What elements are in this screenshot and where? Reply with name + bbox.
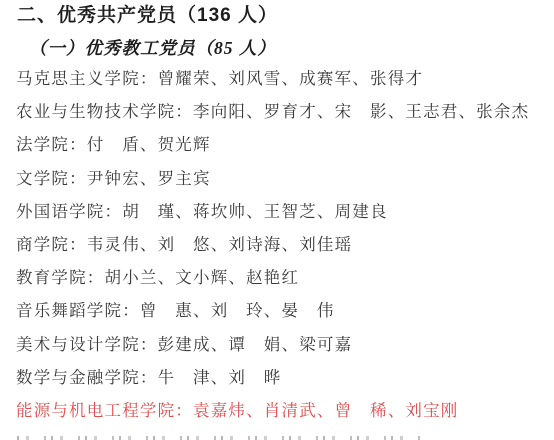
college-name: 能源与机电工程学院：: [16, 401, 193, 420]
member-names: 曾耀荣、刘风雪、成赛军、张得才: [158, 69, 424, 88]
subsection-title: （一）优秀教工党员（85 人）: [29, 36, 554, 60]
college-name: 商学院：: [16, 235, 87, 254]
member-names: 尹钟宏、罗主宾: [87, 169, 211, 188]
member-names: 袁嘉炜、肖清武、曾 稀、刘宝刚: [193, 401, 459, 420]
college-row: 法学院：付 盾、贺光辉: [16, 128, 554, 161]
college-row: 文学院：尹钟宏、罗主宾: [16, 162, 554, 195]
member-names: 韦灵伟、刘 悠、刘诗海、刘佳瑶: [87, 235, 353, 254]
college-row: 音乐舞蹈学院：曾 惠、刘 玲、晏 伟: [16, 294, 554, 327]
college-name: 教育学院：: [16, 268, 105, 287]
member-names: 牛 津、刘 晔: [158, 368, 282, 387]
college-name: 马克思主义学院：: [16, 69, 158, 88]
member-names: 胡 瑾、蒋坎帅、王智芝、周建良: [122, 202, 388, 221]
college-list: 马克思主义学院：曾耀荣、刘风雪、成赛军、张得才 农业与生物技术学院：李向阳、罗育…: [16, 62, 554, 427]
document-page: 二、优秀共产党员（136 人） （一）优秀教工党员（85 人） 马克思主义学院：…: [0, 0, 554, 427]
college-name: 美术与设计学院：: [16, 335, 158, 354]
college-name: 音乐舞蹈学院：: [16, 301, 140, 320]
college-name: 外国语学院：: [16, 202, 122, 221]
college-row: 农业与生物技术学院：李向阳、罗育才、宋 影、王志君、张余杰: [16, 95, 554, 128]
college-row: 外国语学院：胡 瑾、蒋坎帅、王智芝、周建良: [16, 195, 554, 228]
college-row: 能源与机电工程学院：袁嘉炜、肖清武、曾 稀、刘宝刚: [16, 394, 554, 427]
college-row: 美术与设计学院：彭建成、谭 娟、梁可嘉: [16, 328, 554, 361]
member-names: 胡小兰、文小辉、赵艳红: [105, 268, 300, 287]
college-row: 教育学院：胡小兰、文小辉、赵艳红: [16, 261, 554, 294]
member-names: 曾 惠、刘 玲、晏 伟: [140, 301, 335, 320]
college-row: 数学与金融学院：牛 津、刘 晔: [16, 361, 554, 394]
college-name: 农业与生物技术学院：: [16, 102, 193, 121]
member-names: 付 盾、贺光辉: [87, 135, 211, 154]
college-row: 马克思主义学院：曾耀荣、刘风雪、成赛军、张得才: [16, 62, 554, 95]
member-names: 彭建成、谭 娟、梁可嘉: [158, 335, 353, 354]
section-title: 二、优秀共产党员（136 人）: [17, 4, 554, 28]
college-name: 文学院：: [16, 169, 87, 188]
college-row: 商学院：韦灵伟、刘 悠、刘诗海、刘佳瑶: [16, 228, 554, 261]
clipped-text-line: [17, 436, 425, 440]
member-names: 李向阳、罗育才、宋 影、王志君、张余杰: [193, 102, 529, 121]
college-name: 数学与金融学院：: [16, 368, 158, 387]
college-name: 法学院：: [16, 135, 87, 154]
